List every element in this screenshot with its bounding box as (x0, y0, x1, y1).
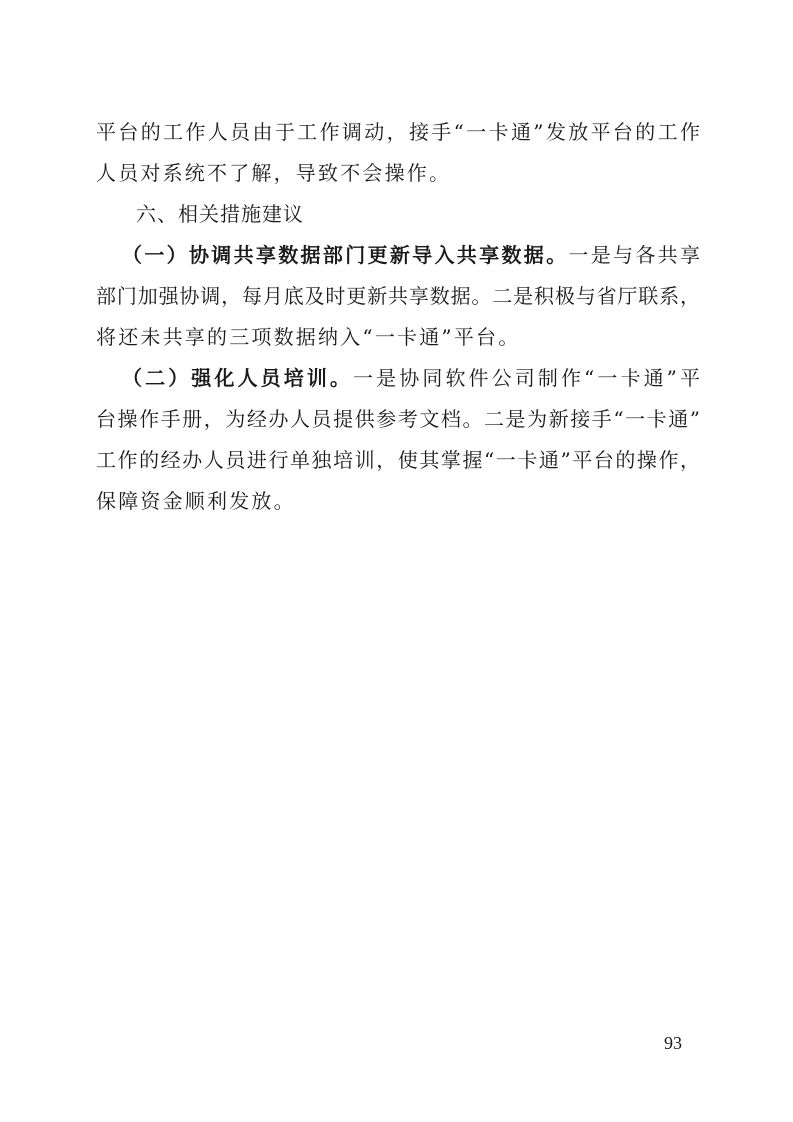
section-heading: 六、相关措施建议 (96, 194, 700, 235)
body-text-line: 平台的工作人员由于工作调动，接手“一卡通”发放平台的工作 (96, 112, 700, 153)
body-text-line: 将还未共享的三项数据纳入“一卡通”平台。 (96, 317, 700, 358)
body-text-line: 台操作手册，为经办人员提供参考文档。二是为新接手“一卡通” (96, 399, 700, 440)
document-page: 平台的工作人员由于工作调动，接手“一卡通”发放平台的工作 人员对系统不了解，导致… (96, 112, 700, 522)
measure-1-title: （一）协调共享数据部门更新导入共享数据。 (122, 243, 568, 267)
body-text-line: 工作的经办人员进行单独培训，使其掌握“一卡通”平台的操作， (96, 440, 700, 481)
measure-1-first-line: （一）协调共享数据部门更新导入共享数据。一是与各共享 (96, 235, 700, 276)
body-text-line: 人员对系统不了解，导致不会操作。 (96, 153, 700, 194)
page-number: 93 (664, 1033, 682, 1054)
body-text-line: 保障资金顺利发放。 (96, 481, 700, 522)
measure-2-title: （二）强化人员培训。 (122, 366, 353, 390)
measure-1-text: 一是与各共享 (568, 243, 700, 267)
measure-2-text: 一是协同软件公司制作“一卡通”平 (353, 366, 700, 390)
measure-2-first-line: （二）强化人员培训。一是协同软件公司制作“一卡通”平 (96, 358, 700, 399)
body-text-line: 部门加强协调，每月底及时更新共享数据。二是积极与省厅联系， (96, 276, 700, 317)
